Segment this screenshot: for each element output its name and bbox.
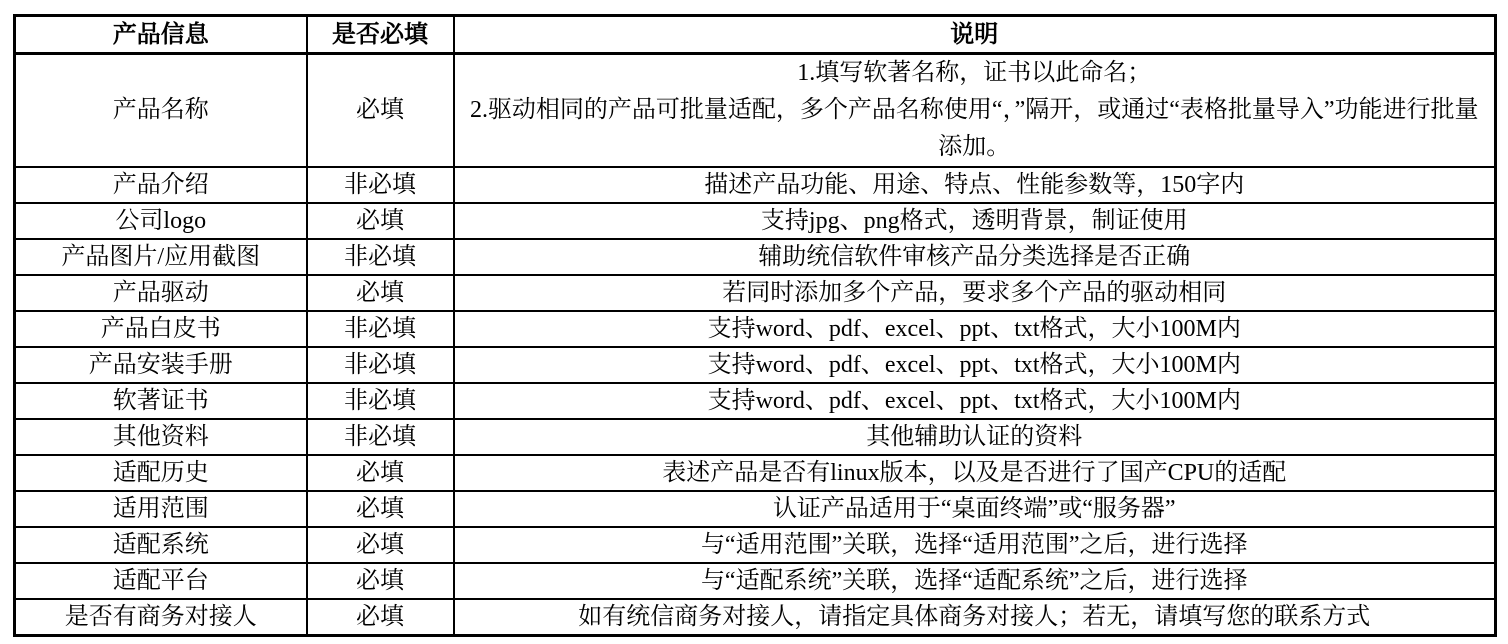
- header-required: 是否必填: [307, 16, 454, 54]
- header-product-info: 产品信息: [15, 16, 307, 54]
- cell-description: 其他辅助认证的资料: [454, 419, 1496, 455]
- table-row: 产品驱动必填若同时添加多个产品，要求多个产品的驱动相同: [15, 275, 1496, 311]
- cell-description: 如有统信商务对接人，请指定具体商务对接人；若无，请填写您的联系方式: [454, 599, 1496, 636]
- cell-description: 与“适配系统”关联，选择“适配系统”之后，进行选择: [454, 563, 1496, 599]
- cell-required: 必填: [307, 455, 454, 491]
- cell-product-info: 适配系统: [15, 527, 307, 563]
- cell-description: 与“适用范围”关联，选择“适用范围”之后，进行选择: [454, 527, 1496, 563]
- table-row: 适配历史必填表述产品是否有linux版本，以及是否进行了国产CPU的适配: [15, 455, 1496, 491]
- cell-required: 必填: [307, 491, 454, 527]
- table-row: 产品安装手册非必填支持word、pdf、excel、ppt、txt格式，大小10…: [15, 347, 1496, 383]
- cell-product-info: 适配平台: [15, 563, 307, 599]
- cell-required: 非必填: [307, 419, 454, 455]
- table-row: 产品介绍非必填描述产品功能、用途、特点、性能参数等，150字内: [15, 167, 1496, 203]
- cell-required: 必填: [307, 275, 454, 311]
- cell-product-info: 产品名称: [15, 54, 307, 168]
- table-row: 适用范围必填认证产品适用于“桌面终端”或“服务器”: [15, 491, 1496, 527]
- table-row: 产品白皮书非必填支持word、pdf、excel、ppt、txt格式，大小100…: [15, 311, 1496, 347]
- cell-description: 支持word、pdf、excel、ppt、txt格式，大小100M内: [454, 383, 1496, 419]
- cell-product-info: 其他资料: [15, 419, 307, 455]
- cell-required: 非必填: [307, 383, 454, 419]
- table-row: 软著证书非必填支持word、pdf、excel、ppt、txt格式，大小100M…: [15, 383, 1496, 419]
- cell-product-info: 产品白皮书: [15, 311, 307, 347]
- cell-description: 描述产品功能、用途、特点、性能参数等，150字内: [454, 167, 1496, 203]
- table-row: 公司logo必填支持jpg、png格式，透明背景，制证使用: [15, 203, 1496, 239]
- cell-product-info: 产品驱动: [15, 275, 307, 311]
- header-description: 说明: [454, 16, 1496, 54]
- table-row: 是否有商务对接人必填如有统信商务对接人，请指定具体商务对接人；若无，请填写您的联…: [15, 599, 1496, 636]
- cell-required: 非必填: [307, 167, 454, 203]
- cell-description: 表述产品是否有linux版本，以及是否进行了国产CPU的适配: [454, 455, 1496, 491]
- cell-required: 必填: [307, 527, 454, 563]
- cell-description: 辅助统信软件审核产品分类选择是否正确: [454, 239, 1496, 275]
- cell-product-info: 适配历史: [15, 455, 307, 491]
- cell-description: 支持jpg、png格式，透明背景，制证使用: [454, 203, 1496, 239]
- cell-product-info: 公司logo: [15, 203, 307, 239]
- product-info-requirements-table: 产品信息 是否必填 说明 产品名称必填1.填写软著名称，证书以此命名； 2.驱动…: [13, 14, 1497, 637]
- cell-product-info: 适用范围: [15, 491, 307, 527]
- table-row: 其他资料非必填其他辅助认证的资料: [15, 419, 1496, 455]
- cell-product-info: 产品图片/应用截图: [15, 239, 307, 275]
- table-header: 产品信息 是否必填 说明: [15, 16, 1496, 54]
- cell-product-info: 是否有商务对接人: [15, 599, 307, 636]
- cell-product-info: 产品安装手册: [15, 347, 307, 383]
- cell-description: 认证产品适用于“桌面终端”或“服务器”: [454, 491, 1496, 527]
- cell-required: 非必填: [307, 347, 454, 383]
- cell-required: 必填: [307, 563, 454, 599]
- cell-description: 支持word、pdf、excel、ppt、txt格式，大小100M内: [454, 311, 1496, 347]
- table-row: 产品图片/应用截图非必填辅助统信软件审核产品分类选择是否正确: [15, 239, 1496, 275]
- document-page: 产品信息 是否必填 说明 产品名称必填1.填写软著名称，证书以此命名； 2.驱动…: [0, 0, 1508, 644]
- cell-description: 若同时添加多个产品，要求多个产品的驱动相同: [454, 275, 1496, 311]
- table-body: 产品名称必填1.填写软著名称，证书以此命名； 2.驱动相同的产品可批量适配，多个…: [15, 54, 1496, 636]
- cell-required: 必填: [307, 54, 454, 168]
- cell-required: 非必填: [307, 311, 454, 347]
- table-row: 产品名称必填1.填写软著名称，证书以此命名； 2.驱动相同的产品可批量适配，多个…: [15, 54, 1496, 168]
- cell-product-info: 产品介绍: [15, 167, 307, 203]
- cell-product-info: 软著证书: [15, 383, 307, 419]
- table-row: 适配系统必填与“适用范围”关联，选择“适用范围”之后，进行选择: [15, 527, 1496, 563]
- cell-required: 必填: [307, 203, 454, 239]
- cell-required: 非必填: [307, 239, 454, 275]
- header-row: 产品信息 是否必填 说明: [15, 16, 1496, 54]
- table-row: 适配平台必填与“适配系统”关联，选择“适配系统”之后，进行选择: [15, 563, 1496, 599]
- cell-description: 1.填写软著名称，证书以此命名； 2.驱动相同的产品可批量适配，多个产品名称使用…: [454, 54, 1496, 168]
- cell-required: 必填: [307, 599, 454, 636]
- cell-description: 支持word、pdf、excel、ppt、txt格式，大小100M内: [454, 347, 1496, 383]
